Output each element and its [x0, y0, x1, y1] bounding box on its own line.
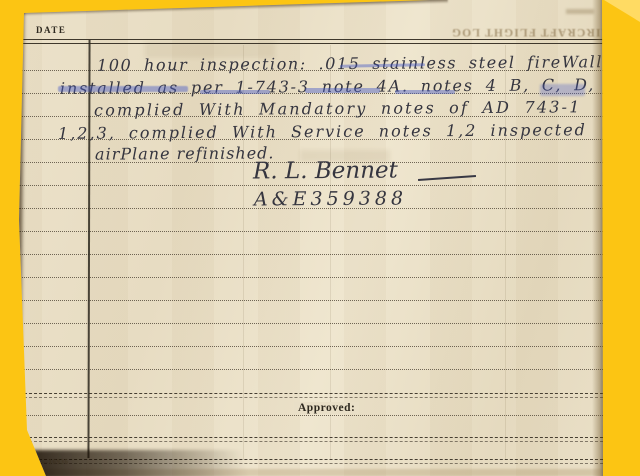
- ruled-line: [19, 323, 603, 324]
- ink-annotation: [395, 90, 455, 94]
- page-left-edge: [13, 6, 26, 476]
- ruled-line: [19, 300, 603, 301]
- ruled-line-heavy: [19, 437, 603, 442]
- log-entry-line-3: complied With Mandatory notes of AD 743-…: [94, 97, 582, 119]
- signature-flourish: [418, 175, 476, 181]
- mechanic-signature: R. L. Bennet: [253, 157, 398, 184]
- approved-label: Approved:: [294, 402, 359, 414]
- ruled-line: [19, 231, 603, 232]
- header-rule-bottom: [19, 43, 603, 44]
- ruled-line: [19, 185, 603, 186]
- log-page: AIRCRAFT FLIGHT LOG Date 100 hour inspec…: [0, 0, 640, 476]
- ink-annotation: [305, 88, 380, 93]
- ruled-line: [19, 346, 603, 347]
- ghost-cover-title: AIRCRAFT FLIGHT LOG: [482, 22, 610, 38]
- header-rule-top: [19, 39, 603, 40]
- ink-annotation: [200, 90, 270, 94]
- date-column-header: Date: [36, 25, 66, 35]
- page-bottom-left-shadow: [14, 450, 344, 476]
- ruled-line: [19, 277, 603, 278]
- ghost-cover-smudge: [566, 9, 594, 14]
- ruled-line-heavy: [19, 393, 603, 398]
- background-corner-glare: [604, 0, 640, 22]
- page-right-edge: [592, 0, 603, 476]
- ink-annotation: [58, 86, 188, 92]
- ruled-line: [19, 415, 603, 416]
- ruled-line: [19, 369, 603, 370]
- log-entry-line-5: airPlane refinished.: [95, 143, 275, 163]
- ink-annotation: [540, 84, 585, 96]
- log-entry-line-4: 1,2,3, complied With Service notes 1,2 i…: [58, 120, 587, 143]
- page-top-edge: [20, 0, 448, 16]
- log-entry-line-1: 100 hour inspection: .015 stainless stee…: [97, 52, 603, 75]
- mechanic-license-number: A&E359388: [254, 187, 407, 210]
- ruled-line: [19, 254, 603, 255]
